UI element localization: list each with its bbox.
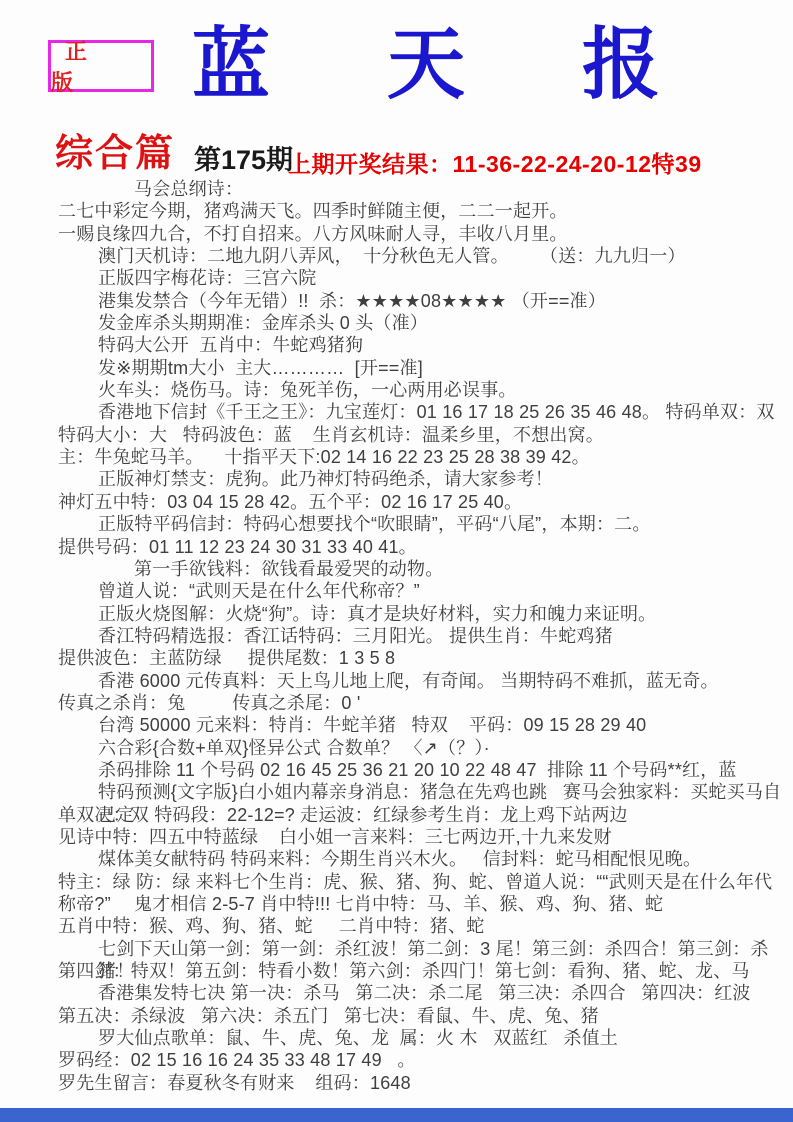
text-line: 罗大仙点歌单：鼠、牛、虎、兔、龙 属：火 木 双蓝红 杀值土 — [98, 1027, 785, 1049]
text-line: 二七中彩定今期，猪鸡满天飞。四季时鲜随主便，二二一起开。 — [58, 200, 785, 222]
title-char-2: 天 — [387, 22, 465, 108]
text-line: 香港 6000 元传真料：天上鸟儿地上爬，有奇闻。 当期特码不难抓，蓝无奇。 — [98, 670, 785, 692]
text-line: 见诗中特：四五中特蓝绿 白小姐一言来料：三七两边开,十九来发财 — [58, 826, 785, 848]
text-line: 正版特平码信封：特码心想要找个“吹眼睛”，平码“八尾”，本期：二。 — [98, 513, 785, 535]
authentic-badge: 正 版 — [48, 40, 154, 92]
body-lines: 马会总纲诗：二七中彩定今期，猪鸡满天飞。四季时鲜随主便，二二一起开。一赐良缘四九… — [58, 178, 785, 1094]
text-line: 神灯五中特：03 04 15 28 42。五个平：02 16 17 25 40。 — [58, 491, 785, 513]
text-line: 罗码经：02 15 16 16 24 35 33 48 17 49 。 — [58, 1049, 785, 1071]
text-line: 发金库杀头期期准：金库杀头 0 头（准） — [98, 312, 785, 334]
text-line: 特码预测{文字版}白小姐内幕亲身消息：猪急在先鸡也跳 赛马会独家料：买蛇买马自己… — [98, 781, 785, 803]
text-line: 香港地下信封《千王之王》：九宝莲灯：01 16 17 18 25 26 35 4… — [98, 401, 785, 423]
text-line: 正版神灯禁支：虎狗。此乃神灯特码绝杀，请大家参考！ — [98, 468, 785, 490]
text-line: 煤体美女献特码 特码来料：今期生肖兴木火。 信封料：蛇马相配恨见晚。 — [98, 848, 785, 870]
issue-number: 第175期 — [194, 138, 293, 177]
text-line: 港集发禁合（今年无错）!! 杀：★★★★08★★★★ （开==准） — [98, 290, 785, 312]
bottom-border-bar — [0, 1108, 793, 1122]
authentic-badge-label: 正 版 — [51, 35, 151, 97]
text-line: 五肖中特：猴、鸡、狗、猪、蛇 二肖中特：猪、蛇 — [58, 915, 785, 937]
text-line: 曾道人说：“武则天是在什么年代称帝？” — [98, 580, 785, 602]
text-line: 提供波色：主蓝防绿 提供尾数：1 3 5 8 — [58, 647, 785, 669]
section-title: 综合篇 — [55, 122, 175, 177]
text-line: 香港集发特七决 第一决：杀马 第二决：杀二尾 第三决：杀四合 第四决：红波 — [98, 982, 785, 1004]
text-line: 鬼才相信 2-5-7 肖中特!!! 七肖中特：马、羊、猴、鸡、狗、猪、蛇 — [134, 893, 785, 915]
text-line: 主：牛兔蛇马羊。 十指平天下:02 14 16 22 23 25 28 38 3… — [58, 446, 785, 468]
title-char-1: 蓝 — [192, 22, 270, 108]
newspaper-page: 正 版 蓝 天 报 综合篇 第175期 上期开奖结果：11-36-22-24-2… — [0, 0, 793, 1122]
text-line: 特主：绿 防：绿 来料七个生肖：虎、猴、猪、狗、蛇、曾道人说：““武则天是在什么… — [58, 871, 785, 893]
text-line: 正版火烧图解：火烧“狗”。诗：真才是块好材料，实力和魄力来证明。 — [98, 603, 785, 625]
text-line: 马会总纲诗： — [134, 178, 785, 200]
text-line: 火车头：烧伤马。诗：兔死羊伤，一心两用必误事。 — [98, 379, 785, 401]
text-line: 发※期期tm大小 主大………… [开==准] — [98, 357, 785, 379]
text-line: 澳门天机诗：二地九阴八弄风， 十分秋色无人管。 （送：九九归一） — [98, 245, 785, 267]
text-line: 台湾 50000 元来料：特肖：牛蛇羊猪 特双 平码：09 15 28 29 4… — [98, 714, 785, 736]
title-char-3: 报 — [582, 22, 660, 108]
text-line: 第四剑：特双！第五剑：特看小数！第六剑：杀四门！第七剑：看狗、猪、蛇、龙、马 — [58, 960, 785, 982]
page-title: 蓝 天 报 — [192, 22, 660, 108]
text-line: 第一手欲钱料：欲钱看最爱哭的动物。 — [134, 558, 785, 580]
text-line: 传真之杀肖：兔 传真之杀尾：0 ' — [58, 692, 785, 714]
text-line: 单双决：双 特码段：22-12=? 走运波：红绿参考生肖：龙上鸡下站两边 — [58, 804, 785, 826]
text-line: 正版四字梅花诗：三宫六院 — [98, 267, 785, 289]
text-line: 特码大公开 五肖中：牛蛇鸡猪狗 — [98, 334, 785, 356]
text-line: 七剑下天山第一剑：第一剑：杀红波！第二剑：3 尾！第三剑：杀四合！第三剑：杀猪！ — [98, 938, 785, 960]
page-header: 正 版 蓝 天 报 综合篇 第175期 上期开奖结果：11-36-22-24-2… — [0, 0, 793, 178]
text-line: 特码大小：大 特码波色：蓝 生肖玄机诗：温柔乡里，不想出窝。 — [58, 424, 785, 446]
text-line: 第五决：杀绿波 第六决：杀五门 第七决：看鼠、牛、虎、兔、猪 — [58, 1005, 785, 1027]
last-draw-result: 上期开奖结果：11-36-22-24-20-12特39 — [288, 146, 702, 179]
text-line: 杀码排除 11 个号码 02 16 45 25 36 21 20 10 22 4… — [98, 759, 785, 781]
text-line: 罗先生留言：春夏秋冬有财来 组码：1648 — [58, 1072, 785, 1094]
text-line: 六合彩{合数+单双}怪异公式 合数单？ 〈↗（？）· — [98, 737, 785, 759]
text-line: 提供号码：01 11 12 23 24 30 31 33 40 41。 — [58, 536, 785, 558]
text-line: 一赐良缘四九合，不打自招来。八方风味耐人寻，丰收八月里。 — [58, 223, 785, 245]
text-line: 香江特码精选报：香江话特码：三月阳光。 提供生肖：牛蛇鸡猪 — [98, 625, 785, 647]
